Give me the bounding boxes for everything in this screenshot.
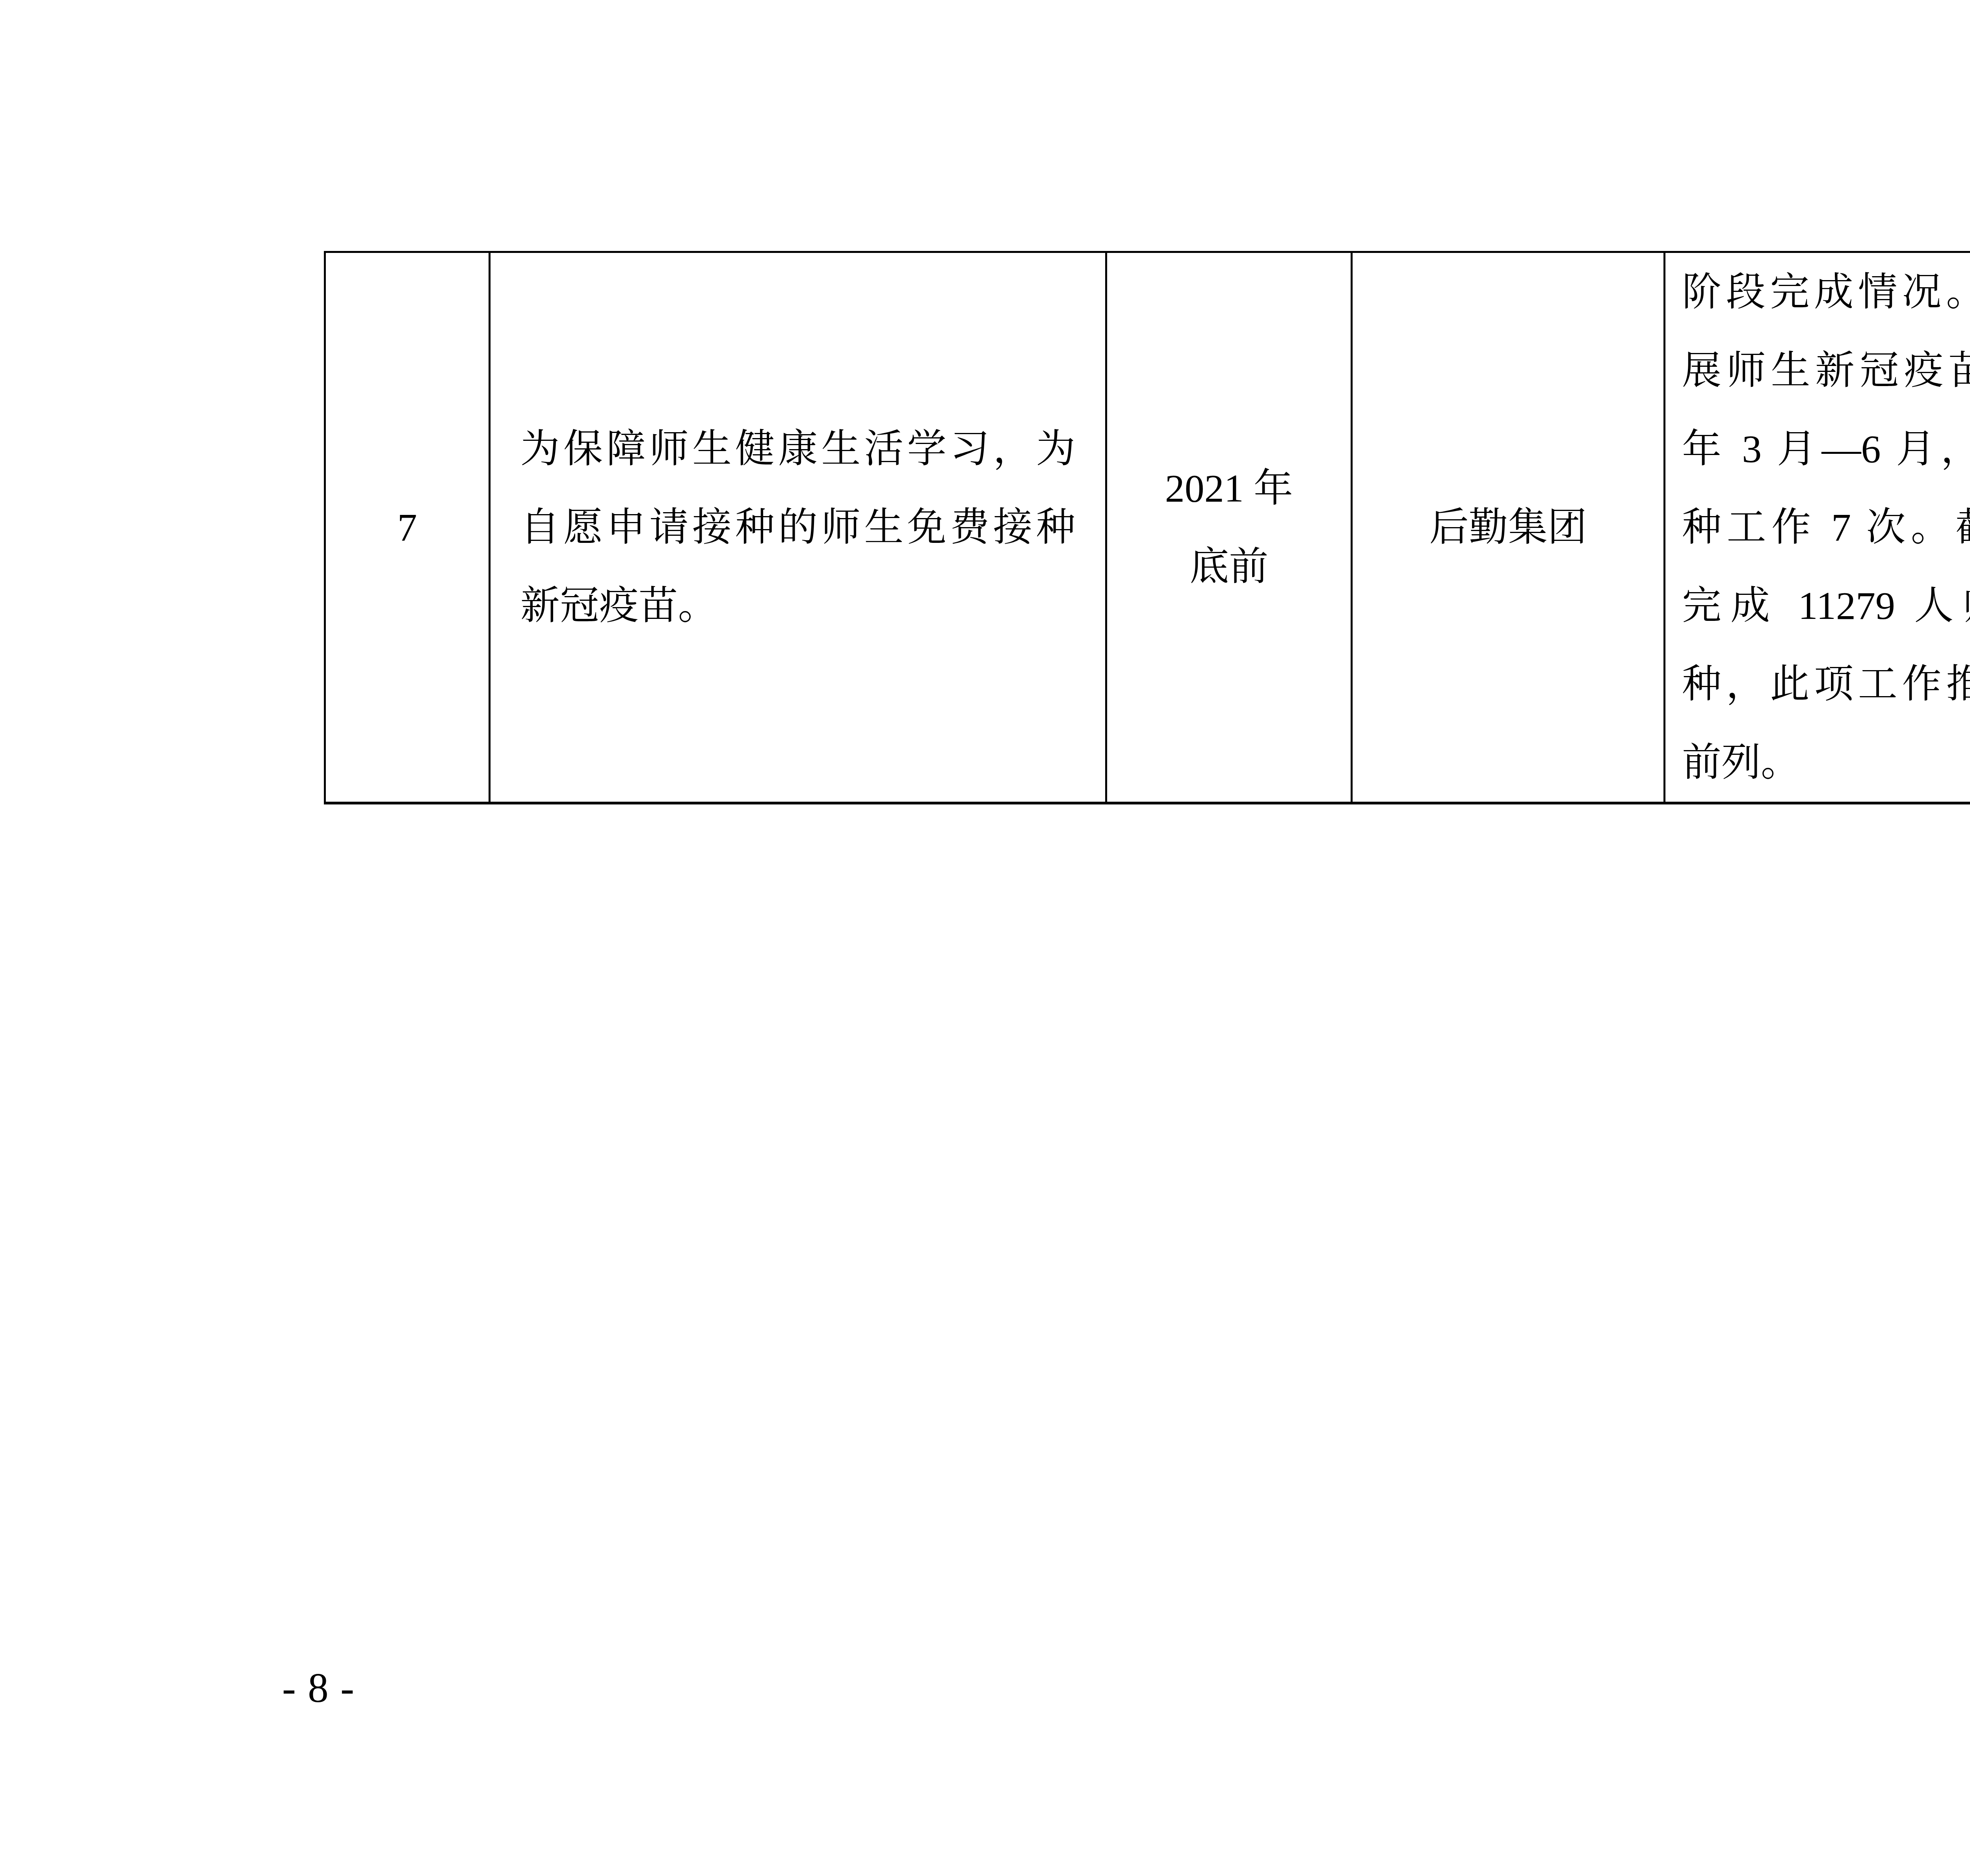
progress-table: 7 为保障师生健康生活学习，为 自愿申请接种的师生免费接种 新冠疫苗。 2021…: [324, 251, 1970, 804]
department-name: 后勤集团: [1353, 488, 1663, 567]
row-number-cell: 7: [326, 253, 489, 802]
progress-line: 阶段完成情况。学校积极组织开: [1682, 253, 1970, 331]
progress-line: 前列。: [1682, 723, 1970, 802]
progress-line: 展师生新冠疫苗接种工作，2021: [1682, 331, 1970, 410]
progress-line: 种工作 7 次。截止 6 月 30 日，: [1682, 488, 1970, 567]
row-number: 7: [326, 488, 489, 567]
progress-line: 完成 11279 人师生新冠疫苗接: [1682, 567, 1970, 645]
document-page: { "table": { "row": { "index": "7", "tas…: [0, 0, 1970, 1876]
progress-line: 种，此项工作推进位列全省高校: [1682, 645, 1970, 723]
deadline-line: 2021 年: [1107, 449, 1351, 528]
task-line: 新冠疫苗。: [520, 567, 1076, 645]
deadline-cell: 2021 年 底前: [1105, 253, 1351, 802]
progress-cell: 阶段完成情况。学校积极组织开 展师生新冠疫苗接种工作，2021 年 3 月—6 …: [1663, 253, 1970, 802]
task-line: 为保障师生健康生活学习，为: [520, 410, 1076, 488]
department-cell: 后勤集团: [1351, 253, 1663, 802]
task-cell: 为保障师生健康生活学习，为 自愿申请接种的师生免费接种 新冠疫苗。: [489, 253, 1106, 802]
progress-line: 年 3 月—6 月，学校组织师生接: [1682, 410, 1970, 488]
page-number: - 8 -: [282, 1667, 355, 1709]
deadline-line: 底前: [1107, 528, 1351, 606]
task-line: 自愿申请接种的师生免费接种: [520, 488, 1076, 567]
